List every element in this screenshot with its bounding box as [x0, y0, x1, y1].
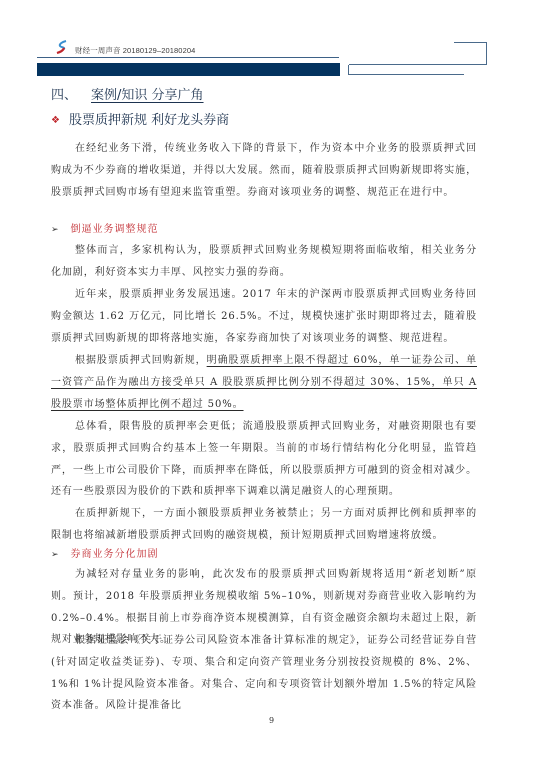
paragraph: 总体看，限售股的质押率会更低；流通股股票质押式回购业务，对融资期限也有要求，股票…: [51, 416, 477, 503]
arrow-bullet-icon: ➢: [51, 225, 59, 235]
subsection-heading-2: ➢券商业务分化加剧: [51, 545, 159, 560]
article-title: ❖股票质押新规 利好龙头券商: [51, 109, 229, 128]
header-decoration-box: [348, 65, 464, 75]
section-name: 案例/知识 分享广角: [91, 88, 204, 103]
paragraph: 根据证监会《关于证券公司风险资本准备计算标准的规定》，证券公司经营证券自营(针对…: [51, 630, 477, 717]
brand-s-logo-icon: [56, 40, 68, 54]
page-number: 9: [0, 716, 543, 725]
paragraph: 在质押新规下，一方面小额股票质押业务被禁止；另一方面对质押比例和质押率的限制也将…: [51, 503, 477, 547]
header-decoration-bracket: [454, 42, 487, 65]
intro-paragraph: 在经纪业务下滑，传统业务收入下降的背景下，作为资本中介业务的股票质押式回购成为不…: [51, 138, 477, 203]
paragraph: 近年来，股票质押业务发展迅速。2017 年末的沪深两市股票质押式回购业务待回购金…: [51, 284, 477, 349]
paragraph-key-rules: 根据股票质押式回购新规，明确股票质押率上限不得超过 60%，单一证券公司、单一资…: [51, 350, 477, 415]
paragraph-prefix: 根据股票质押式回购新规，: [75, 355, 207, 366]
subsection-heading-text: 券商业务分化加剧: [71, 549, 159, 560]
page-header: 财经一周声音 20180129–20180204: [0, 0, 543, 80]
section-number: 四、: [51, 88, 77, 103]
subsection-heading-1: ➢倒逼业务调整规范: [51, 220, 159, 235]
header-title: 财经一周声音 20180129–20180204: [75, 45, 195, 56]
paragraph: 整体而言，多家机构认为，股票质押式回购业务规模短期将面临收缩，相关业务分化加剧，…: [51, 240, 477, 284]
header-rule: [37, 57, 339, 58]
article-title-text: 股票质押新规 利好龙头券商: [69, 113, 229, 128]
section-heading: 四、案例/知识 分享广角: [51, 84, 204, 103]
arrow-bullet-icon: ➢: [51, 550, 59, 560]
subsection-heading-text: 倒逼业务调整规范: [71, 224, 159, 235]
header-bar: [37, 63, 340, 76]
diamond-bullet-icon: ❖: [51, 115, 60, 126]
